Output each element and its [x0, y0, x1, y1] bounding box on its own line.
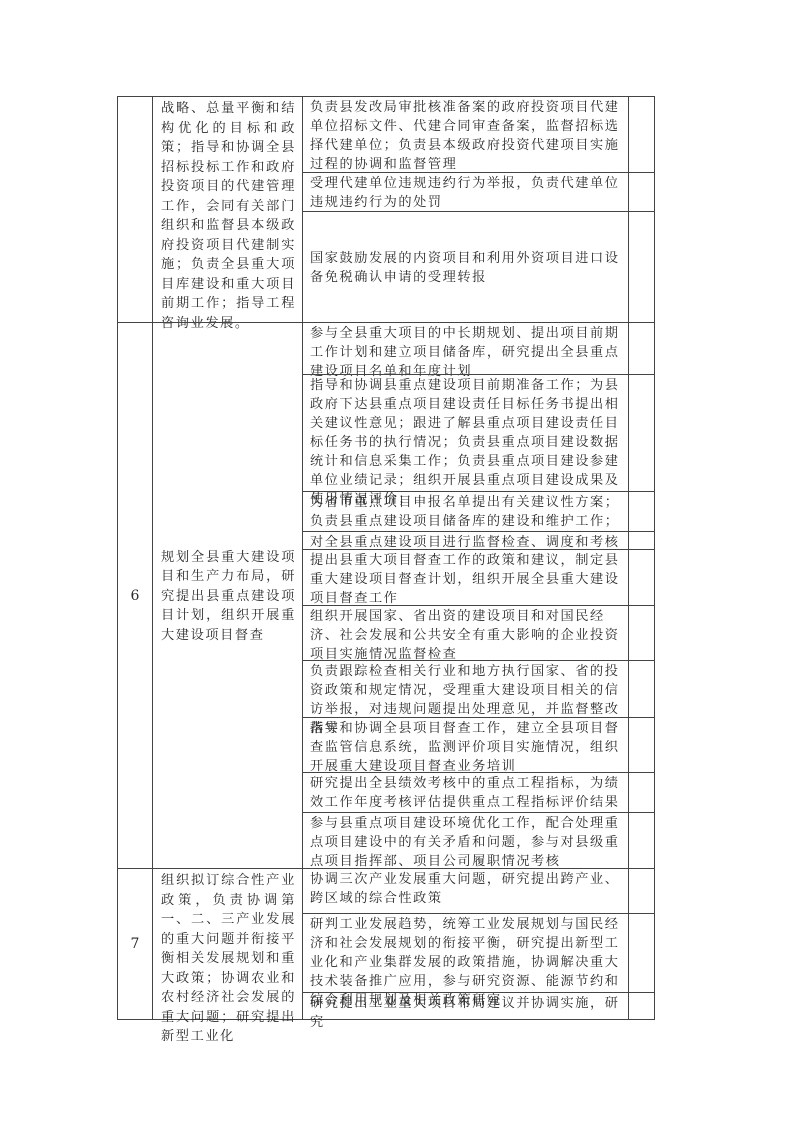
remarks-cell: [629, 549, 654, 605]
duty-text: 规划全县重大建设项目和生产力布局，研究提出县重点建设项目计划，组织开展重大建设项…: [161, 548, 296, 646]
remarks-cell: [629, 605, 654, 660]
remarks-cell: [629, 374, 654, 491]
table-row: 战略、总量平衡和结构优化的目标和政策；指导和协调全县招标投标工作和政府投资项目的…: [118, 97, 654, 322]
task-item: 参与全县重大项目的中长期规划、提出项目前期工作计划和建立项目储备库，研究提出全县…: [303, 323, 628, 374]
remarks-cell: [629, 97, 654, 172]
remarks-cell: [629, 491, 654, 531]
remarks-cell: [629, 812, 654, 869]
task-item: 对全县重点建设项目进行监督检查、调度和考核: [303, 531, 628, 549]
remarks-column: [629, 869, 654, 1019]
remarks-cell: [629, 717, 654, 772]
task-item: 研究提出全县绩效考核中的重点工程指标，为绩效工作年度考核评估提供重点工程指标评价…: [303, 772, 628, 812]
remarks-cell: [629, 211, 654, 322]
task-item: 研判工业发展趋势，统筹工业发展规划与国民经济和社会发展规划的衔接平衡，研究提出新…: [303, 913, 628, 992]
remarks-cell: [629, 772, 654, 812]
duties-table: 战略、总量平衡和结构优化的目标和政策；指导和协调全县招标投标工作和政府投资项目的…: [117, 96, 655, 1020]
remarks-cell: [629, 172, 654, 211]
task-item: 指导和协调县重点建设项目前期准备工作；为县政府下达县重点项目建设责任目标任务书提…: [303, 374, 628, 491]
table-row: 7 组织拟订综合性产业政策，负责协调第一、二、三产业发展的重大问题并衔接平衡相关…: [118, 868, 654, 1019]
task-item: 研究提出工业重大项目布局建议并协调实施，研究: [303, 992, 628, 1020]
task-item: 国家鼓励发展的内资项目和利用外资项目进口设备免税确认申请的受理转报: [303, 211, 628, 322]
task-list: 协调三次产业发展重大问题，研究提出跨产业、跨区域的综合性政策 研判工业发展趋势，…: [303, 869, 629, 1019]
task-list: 参与全县重大项目的中长期规划、提出项目前期工作计划和建立项目储备库，研究提出全县…: [303, 323, 629, 868]
row-number: 6: [118, 323, 153, 868]
task-item: 负责县发改局审批核准备案的政府投资项目代建单位招标文件、代建合同审查备案，监督招…: [303, 97, 628, 172]
row-number: 7: [118, 869, 153, 1019]
task-text: 国家鼓励发展的内资项目和利用外资项目进口设备免税确认申请的受理转报: [310, 249, 622, 287]
remarks-cell: [629, 660, 654, 717]
row-number: [118, 97, 153, 322]
table-row: 6 规划全县重大建设项目和生产力布局，研究提出县重点建设项目计划，组织开展重大建…: [118, 322, 654, 868]
task-item: 协调三次产业发展重大问题，研究提出跨产业、跨区域的综合性政策: [303, 869, 628, 913]
remarks-column: [629, 97, 654, 322]
remarks-cell: [629, 323, 654, 374]
remarks-column: [629, 323, 654, 868]
remarks-cell: [629, 913, 654, 992]
remarks-cell: [629, 992, 654, 1020]
task-item: 组织开展国家、省出资的建设项目和对国民经济、社会发展和公共安全有重大影响的企业投…: [303, 605, 628, 660]
remarks-cell: [629, 869, 654, 913]
duty-description: 战略、总量平衡和结构优化的目标和政策；指导和协调全县招标投标工作和政府投资项目的…: [153, 97, 303, 322]
task-item: 指导和协调全县项目督查工作，建立全县项目督查监管信息系统，监测评价项目实施情况，…: [303, 717, 628, 772]
task-item: 受理代建单位违规违约行为举报，负责代建单位违规违约行为的处罚: [303, 172, 628, 211]
task-item: 参与县重点项目建设环境优化工作，配合处理重点项目建设中的有关矛盾和问题，参与对县…: [303, 812, 628, 869]
duty-description: 组织拟订综合性产业政策，负责协调第一、二、三产业发展的重大问题并衔接平衡相关发展…: [153, 869, 303, 1019]
task-item: 为省市重点项目申报名单提出有关建议性方案；负责县重点建设项目储备库的建设和维护工…: [303, 491, 628, 531]
duty-description: 规划全县重大建设项目和生产力布局，研究提出县重点建设项目计划，组织开展重大建设项…: [153, 323, 303, 868]
remarks-cell: [629, 531, 654, 549]
task-item: 提出县重大项目督查工作的政策和建议，制定县重大建设项目督查计划，组织开展全县重大…: [303, 549, 628, 605]
task-item: 负责跟踪检查相关行业和地方执行国家、省的投资政策和规定情况，受理重大建设项目相关…: [303, 660, 628, 717]
task-list: 负责县发改局审批核准备案的政府投资项目代建单位招标文件、代建合同审查备案，监督招…: [303, 97, 629, 322]
document-page: 战略、总量平衡和结构优化的目标和政策；指导和协调全县招标投标工作和政府投资项目的…: [0, 0, 793, 1122]
